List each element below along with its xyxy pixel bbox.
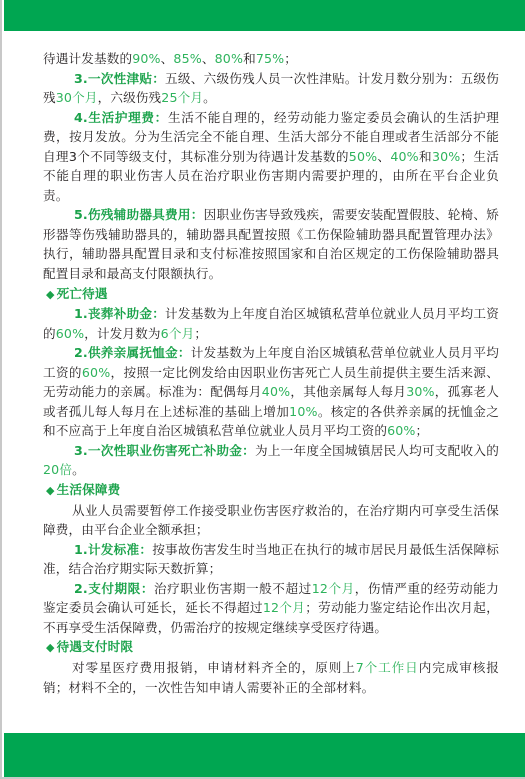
section-heading-living: ◆生活保障费 (43, 480, 499, 501)
top-green-band (4, 0, 525, 31)
item-title: 3.一次性职业伤害死亡补助金： (74, 443, 255, 458)
paragraph-living-intro: 从业人员需要暂停工作接受职业伤害医疗救治的，在治疗期内可享受生活保障费，由平台企… (43, 501, 499, 540)
item-title: 2.供养亲属抚恤金： (74, 345, 191, 360)
diamond-bullet-icon: ◆ (46, 641, 55, 654)
diamond-bullet-icon: ◆ (46, 484, 55, 497)
item-title: 1.计发标准： (74, 542, 152, 557)
bottom-green-band (4, 733, 525, 777)
paragraph-funeral-subsidy: 1.丧葬补助金：计发基数为上年度自治区城镇私营单位就业人员月平均工资的60%，计… (43, 304, 499, 343)
paragraph-payment-period: 2.支付期限：治疗职业伤害期一般不超过12个月，伤情严重的经劳动能力鉴定委员会确… (43, 579, 499, 638)
item-title: 3.一次性津贴： (74, 71, 165, 86)
paragraph-death-lump-sum: 3.一次性职业伤害死亡补助金：为上一年度全国城镇居民人均可支配收入的20倍。 (43, 441, 499, 480)
item-title: 5.伤残辅助器具费用： (74, 207, 204, 222)
item-title: 4.生活护理费： (74, 110, 168, 125)
section-heading-death: ◆死亡待遇 (43, 284, 499, 305)
paragraph-nursing-fee: 4.生活护理费：生活不能自理的，经劳动能力鉴定委员会确认的生活护理费，按月发放。… (43, 108, 499, 206)
document-content: 待遇计发基数的90%、85%、80%和75%； 3.一次性津贴：五级、六级伤残人… (43, 49, 499, 697)
paragraph-benefit-base: 待遇计发基数的90%、85%、80%和75%； (43, 49, 499, 69)
paragraph-payment-standard: 1.计发标准：按事故伤害发生时当地正在执行的城市居民月最低生活保障标准，结合治疗… (43, 540, 499, 579)
item-title: 1.丧葬补助金： (74, 306, 165, 321)
section-heading-payment-time: ◆待遇支付时限 (43, 637, 499, 658)
diamond-bullet-icon: ◆ (46, 288, 55, 301)
paragraph-dependent-pension: 2.供养亲属抚恤金：计发基数为上年度自治区城镇私营单位就业人员月平均工资的60%… (43, 343, 499, 441)
paragraph-one-time-allowance: 3.一次性津贴：五级、六级伤残人员一次性津贴。计发月数分别为：五级伤残30个月，… (43, 69, 499, 108)
paragraph-payment-time: 对零星医疗费用报销，申请材料齐全的，原则上7个工作日内完成审核报销；材料不全的，… (43, 658, 499, 697)
paragraph-assistive-devices: 5.伤残辅助器具费用：因职业伤害导致残疾，需要安装配置假肢、轮椅、矫形器等伤残辅… (43, 205, 499, 283)
item-title: 2.支付期限： (74, 581, 154, 596)
document-page: 待遇计发基数的90%、85%、80%和75%； 3.一次性津贴：五级、六级伤残人… (0, 0, 525, 779)
